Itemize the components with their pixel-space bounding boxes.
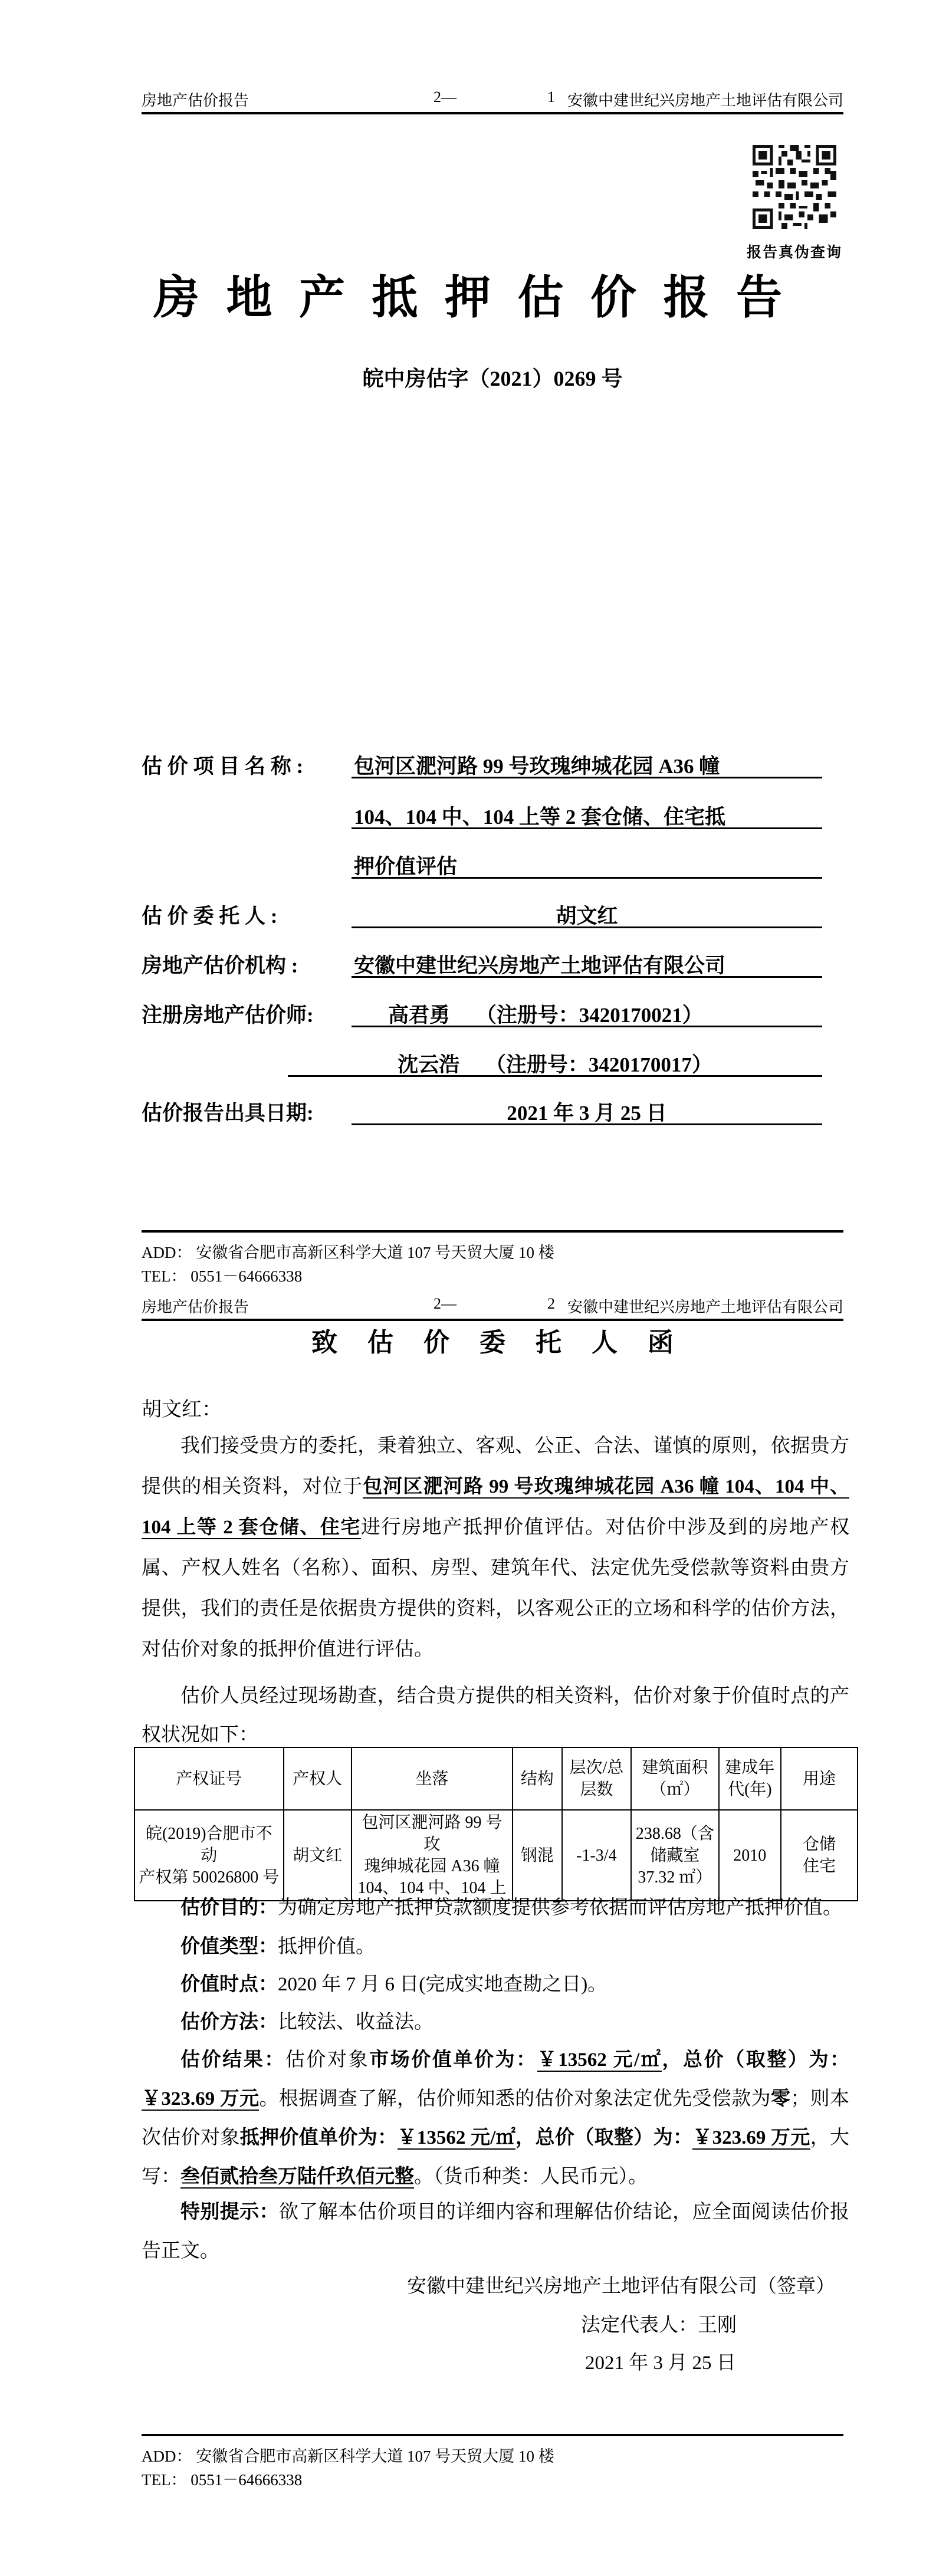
text-segment: ￥13562 元/㎡ <box>398 2127 516 2150</box>
text-segment: 。（货币种类：人民币元）。 <box>414 2166 648 2187</box>
table-header-row: 产权证号 产权人 坐落 结构 层次/总 层数 建筑面积 （㎡） 建成年 代(年)… <box>134 1747 858 1810</box>
field-value: 安徽中建世纪兴房地产土地评估有限公司 <box>352 949 822 978</box>
page2-footer: ADD： 安徽省合肥市高新区科学大道 107 号天贸大厦 10 楼 TEL： 0… <box>142 2434 843 2492</box>
purpose-line: 估价目的：为确定房地产抵押贷款额度提供参考依据而评估房地产抵押价值。 <box>142 1892 873 1920</box>
letter-paragraph-1: 我们接受贵方的委托，秉着独立、客观、公正、合法、谨慎的原则，依据贵方提供的相关资… <box>142 1426 849 1670</box>
method-line: 估价方法：比较法、收益法。 <box>142 2006 873 2034</box>
cell-floor: -1-3/4 <box>562 1810 632 1901</box>
col-floor: 层次/总 层数 <box>562 1747 632 1810</box>
text-segment: 价值时点： <box>180 1974 278 1995</box>
letter-paragraph-2: 估价人员经过现场勘查，结合贵方提供的相关资料，估价对象于价值时点的产权状况如下： <box>142 1677 849 1754</box>
cell-area: 238.68（含 储藏室 37.32 ㎡） <box>631 1810 718 1901</box>
page2-running-header: 房地产估价报告 2— 2 安徽中建世纪兴房地产土地评估有限公司 <box>142 1295 843 1321</box>
text-segment: 2020 年 7 月 6 日(完成实地查勘之日)。 <box>278 1974 607 1995</box>
qr-caption: 报告真伪查询 <box>745 241 843 262</box>
text-segment: 抵押价值单价为： <box>240 2127 398 2148</box>
cell-structure: 钢混 <box>513 1810 561 1901</box>
page-number-prefix: 2— <box>433 1295 456 1313</box>
cell-use: 仓储 住宅 <box>781 1810 858 1901</box>
field-label: 估 价 委 托 人 : <box>142 900 352 928</box>
running-title: 房地产估价报告 <box>142 88 249 110</box>
field-report-date: 估价报告出具日期: 2021 年 3 月 25 日 <box>142 1097 822 1125</box>
text-segment: 叁佰贰拾叁万陆仟玖佰元整 <box>180 2166 414 2189</box>
cell-owner: 胡文红 <box>284 1810 352 1901</box>
cell-cert-no: 皖(2019)合肥市不动 产权第 50026800 号 <box>134 1810 284 1901</box>
text-segment: ￥323.69 万元 <box>692 2127 810 2150</box>
field-label: 估价报告出具日期: <box>142 1097 352 1125</box>
field-client: 估 价 委 托 人 : 胡文红 <box>142 900 822 928</box>
text-segment: ， <box>662 2049 683 2071</box>
footer-phone: TEL： 0551－64666338 <box>142 1264 843 1288</box>
col-structure: 结构 <box>513 1747 561 1810</box>
result-paragraph: 估价结果：估价对象市场价值单价为：￥13562 元/㎡，总价（取整）为：￥323… <box>142 2041 849 2196</box>
salutation: 胡文红： <box>142 1393 222 1422</box>
running-company: 安徽中建世纪兴房地产土地评估有限公司 <box>567 88 843 110</box>
footer-phone: TEL： 0551－64666338 <box>142 2468 843 2492</box>
signature-date: 2021 年 3 月 25 日 <box>585 2347 736 2375</box>
text-segment: ￥323.69 万元 <box>142 2088 259 2111</box>
notice-paragraph: 特别提示：欲了解本估价项目的详细内容和理解估价结论，应全面阅读估价报告正文。 <box>142 2193 849 2271</box>
ownership-table: 产权证号 产权人 坐落 结构 层次/总 层数 建筑面积 （㎡） 建成年 代(年)… <box>134 1747 858 1901</box>
field-value: 押价值评估 <box>352 850 822 879</box>
field-agency: 房地产估价机构 : 安徽中建世纪兴房地产土地评估有限公司 <box>142 949 822 978</box>
text-segment: 估价对象 <box>285 2049 369 2071</box>
text-segment: 估价结果： <box>180 2049 285 2071</box>
text-segment: 总价（取整）为： <box>683 2049 849 2071</box>
field-value: 2021 年 3 月 25 日 <box>352 1097 822 1125</box>
field-value: 沈云浩 （注册号：3420170017） <box>288 1049 822 1077</box>
field-label: 房地产估价机构 : <box>142 949 352 978</box>
text-segment: 零 <box>771 2088 790 2110</box>
field-project-name-line3: 押价值评估 <box>352 850 822 879</box>
value-type-line: 价值类型：抵押价值。 <box>142 1931 873 1959</box>
col-area: 建筑面积 （㎡） <box>631 1747 718 1810</box>
field-label: 估 价 项 目 名 称 : <box>142 750 352 778</box>
field-value: 104、104 中、104 上等 2 套仓储、住宅抵 <box>352 801 822 829</box>
document: 房地产估价报告 2— 1 安徽中建世纪兴房地产土地评估有限公司 <box>0 0 936 2576</box>
col-year: 建成年 代(年) <box>719 1747 781 1810</box>
text-segment: 比较法、收益法。 <box>278 2012 433 2033</box>
cell-year: 2010 <box>719 1810 781 1901</box>
field-value: 包河区淝河路 99 号玫瑰绅城花园 A36 幢 <box>352 750 822 778</box>
page-number-prefix: 2— <box>433 88 456 106</box>
signature-company: 安徽中建世纪兴房地产土地评估有限公司（签章） <box>142 2271 835 2298</box>
page1-running-header: 房地产估价报告 2— 1 安徽中建世纪兴房地产土地评估有限公司 <box>142 88 843 114</box>
footer-address: ADD： 安徽省合肥市高新区科学大道 107 号天贸大厦 10 楼 <box>142 1241 843 1264</box>
text-segment: 抵押价值。 <box>278 1936 375 1957</box>
field-value: 高君勇 （注册号：3420170021） <box>352 999 822 1027</box>
text-segment: 。根据调查了解，估价师知悉的估价对象法定优先受偿款为 <box>259 2088 770 2110</box>
qr-code <box>753 145 836 229</box>
field-value: 胡文红 <box>352 900 822 928</box>
field-project-name-line2: 104、104 中、104 上等 2 套仓储、住宅抵 <box>352 801 822 829</box>
col-location: 坐落 <box>352 1747 513 1810</box>
running-title: 房地产估价报告 <box>142 1295 249 1317</box>
page-number: 1 <box>547 88 555 106</box>
text-segment: 估价目的： <box>180 1897 278 1918</box>
signature-legal-rep: 法定代表人：王刚 <box>581 2309 737 2337</box>
page-number: 2 <box>547 1295 555 1313</box>
field-label: 注册房地产估价师: <box>142 999 352 1027</box>
text-segment: 估价方法： <box>180 2012 278 2033</box>
text-segment: 特别提示： <box>180 2202 279 2223</box>
footer-address: ADD： 安徽省合肥市高新区科学大道 107 号天贸大厦 10 楼 <box>142 2444 843 2468</box>
qr-code-image <box>753 145 836 229</box>
running-company: 安徽中建世纪兴房地产土地评估有限公司 <box>567 1295 843 1317</box>
table-row: 皖(2019)合肥市不动 产权第 50026800 号 胡文红 包河区淝河路 9… <box>134 1810 858 1901</box>
cell-location: 包河区淝河路 99 号玫 瑰绅城花园 A36 幢 104、104 中、104 上 <box>352 1810 513 1901</box>
page1-footer: ADD： 安徽省合肥市高新区科学大道 107 号天贸大厦 10 楼 TEL： 0… <box>142 1230 843 1288</box>
field-appraiser-2: 沈云浩 （注册号：3420170017） <box>288 1049 822 1077</box>
letter-title: 致 估 价 委 托 人 函 <box>142 1321 843 1359</box>
text-segment: ， <box>515 2127 535 2148</box>
report-title: 房 地 产 抵 押 估 价 报 告 <box>118 261 820 327</box>
col-cert-no: 产权证号 <box>134 1747 284 1810</box>
field-project-name: 估 价 项 目 名 称 : 包河区淝河路 99 号玫瑰绅城花园 A36 幢 <box>142 750 822 778</box>
text-segment: 为确定房地产抵押贷款额度提供参考依据而评估房地产抵押价值。 <box>278 1897 842 1918</box>
value-date-line: 价值时点：2020 年 7 月 6 日(完成实地查勘之日)。 <box>142 1969 873 1996</box>
text-segment: 价值类型： <box>180 1936 278 1957</box>
col-use: 用途 <box>781 1747 858 1810</box>
field-appraiser-1: 注册房地产估价师: 高君勇 （注册号：3420170021） <box>142 999 822 1027</box>
report-number: 皖中房估字（2021）0269 号 <box>142 362 843 392</box>
col-owner: 产权人 <box>284 1747 352 1810</box>
text-segment: 市场价值单价为： <box>369 2049 537 2071</box>
text-segment: ￥13562 元/㎡ <box>537 2049 662 2072</box>
text-segment: 总价（取整）为： <box>536 2127 693 2148</box>
